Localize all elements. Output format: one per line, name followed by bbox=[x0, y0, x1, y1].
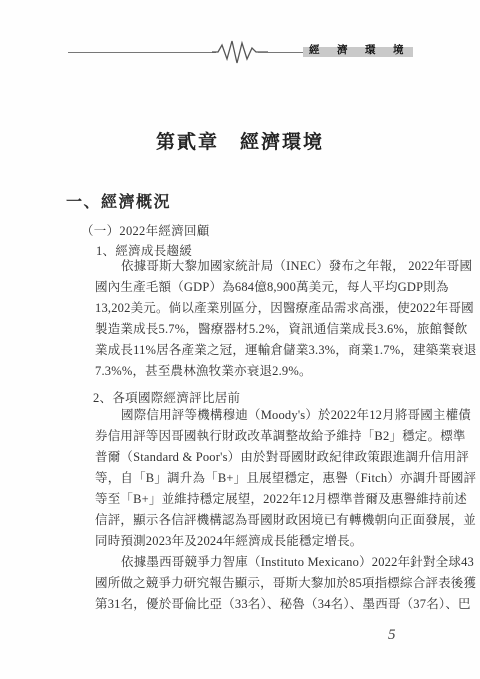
text-line: 13,202美元。倘以產業別區分，因醫療產品需求高漲，使2022年哥國 bbox=[95, 298, 435, 319]
text-line: 7.3%%，甚至農林漁牧業亦衰退2.9%。 bbox=[95, 361, 435, 382]
paragraph-economic-growth: 依據哥斯大黎加國家統計局（INEC）發布之年報， 2022年哥國 國內生產毛額（… bbox=[95, 256, 435, 382]
subsection-heading-international-ratings: 2、各項國際經濟評比居前 bbox=[93, 388, 240, 406]
text-line: 國內生產毛額（GDP）為684億8,900萬美元，每人平均GDP則為 bbox=[95, 277, 435, 298]
text-line: 券信用評等因哥國執行財政改革調整故給予維持「B2」穩定。標準 bbox=[95, 426, 435, 447]
header-rule-right bbox=[258, 52, 304, 53]
text-line: 第31名，優於哥倫比亞（33名）、秘魯（34名）、墨西哥（37名）、巴 bbox=[95, 594, 435, 615]
text-line: 國際信用評等機構穆迪（Moody's）於2022年12月將哥國主權債 bbox=[95, 405, 435, 426]
chapter-title: 第貳章 經濟環境 bbox=[0, 127, 480, 154]
text-line: 信評，顯示各信評機構認為哥國財政困境已有轉機朝向正面發展，並 bbox=[95, 510, 435, 531]
text-line: 同時預測2023年及2024年經濟成長能穩定增長。 bbox=[95, 531, 435, 552]
page-number: 5 bbox=[388, 627, 396, 644]
header-rule-left bbox=[68, 52, 216, 53]
header-section-label: 經濟環境 bbox=[309, 44, 421, 58]
header-section-bar: 經濟環境 bbox=[303, 47, 413, 57]
subsection-heading-2022-review: （一）2022年經濟回顧 bbox=[81, 221, 210, 239]
text-line: 製造業成長5.7%，醫療器材5.2%，資訊通信業成長3.6%，旅館餐飲 bbox=[95, 319, 435, 340]
text-line: 業成長11%居各產業之冠，運輸倉儲業3.3%，商業1.7%，建築業衰退 bbox=[95, 340, 435, 361]
text-line: 依據墨西哥競爭力智庫（Instituto Mexicano）2022年針對全球4… bbox=[95, 552, 435, 573]
paragraph-credit-ratings: 國際信用評等機構穆迪（Moody's）於2022年12月將哥國主權債 券信用評等… bbox=[95, 405, 435, 552]
text-line: 等至「B+」並維持穩定展望，2022年12月標準普爾及惠譽維持前述 bbox=[95, 489, 435, 510]
text-line: 普爾（Standard & Poor's）由於對哥國財政紀律政策跟進調升信用評 bbox=[95, 447, 435, 468]
section-heading-economy-overview: 一、經濟概況 bbox=[66, 189, 171, 212]
paragraph-competitiveness-ranking: 依據墨西哥競爭力智庫（Instituto Mexicano）2022年針對全球4… bbox=[95, 552, 435, 615]
text-line: 依據哥斯大黎加國家統計局（INEC）發布之年報， 2022年哥國 bbox=[95, 256, 435, 277]
text-line: 國所做之競爭力研究報告顯示，哥斯大黎加於85項指標綜合評表後獲 bbox=[95, 573, 435, 594]
document-page: 經濟環境 第貳章 經濟環境 一、經濟概況 （一）2022年經濟回顧 1、經濟成長… bbox=[0, 0, 480, 679]
text-line: 等，自「B」調升為「B+」且展望穩定，惠譽（Fitch）亦調升哥國評 bbox=[95, 468, 435, 489]
